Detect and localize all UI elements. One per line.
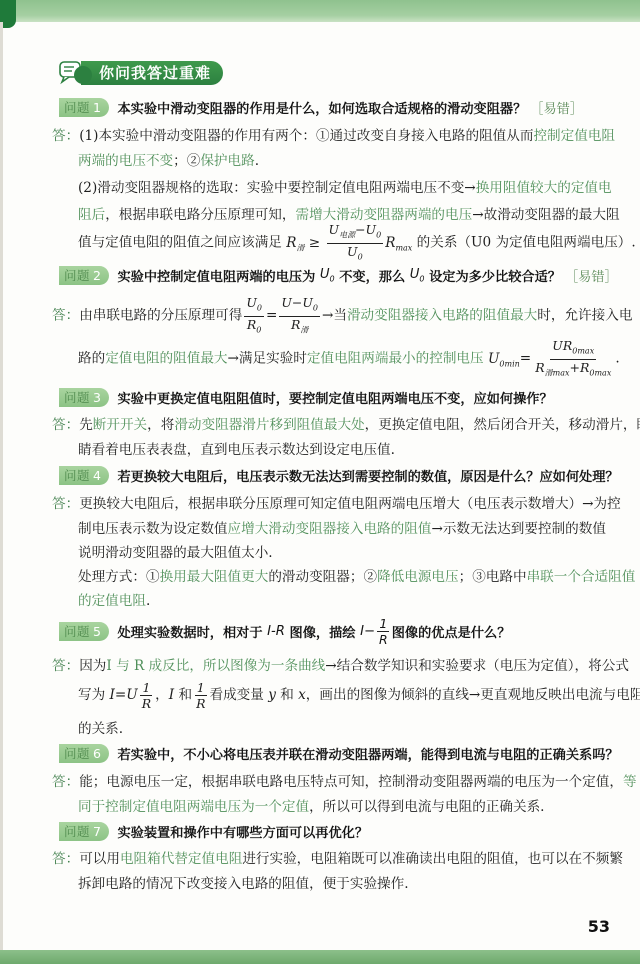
section-header: 你问我答过重难	[59, 60, 223, 86]
formula-fraction: UR0maxR滑max+R0max	[533, 338, 613, 380]
answer-line: 值与定值电阻的阻值之间应该满足 R滑 ≥ U电源−U0U0Rmax 的关系（U0…	[78, 222, 636, 264]
question-tag: 问题6	[59, 744, 109, 763]
answer-line: 答：更换较大电阻后，根据串联分压原理可知定值电阻两端电压增大（电压表示数增大）→…	[52, 492, 621, 512]
question-tag: 问题7	[59, 822, 109, 841]
formula-fraction: U0R0	[244, 295, 264, 337]
answer-line: 拆卸电路的情况下改变接入电路的阻值，便于实验操作.	[78, 872, 409, 892]
question-tag: 问题4	[59, 466, 109, 485]
question-tag: 问题1	[59, 98, 109, 117]
answer-line: 处理方式：①换用最大阻值更大的滑动变阻器；②降低电源电压；③电路中串联一个合适阻…	[78, 565, 635, 585]
top-border-band	[0, 0, 640, 22]
question-7: 问题7 实验装置和操作中有哪些方面可以再优化？	[59, 822, 368, 841]
question-tag: 问题5	[59, 622, 109, 641]
answer-line: 写为 I=U1R，I 和1R看成变量 y 和 x，画出的图像为倾斜的直线→更直观…	[78, 680, 640, 711]
bottom-border-band	[0, 950, 640, 964]
answer-line: 说明滑动变阻器的最大阻值太小.	[78, 541, 273, 561]
error-prone-label: ［易错］	[530, 98, 583, 117]
answer-line: 答：(1)本实验中滑动变阻器的作用有两个：①通过改变自身接入电路的阻值从而控制定…	[52, 124, 615, 144]
formula: R滑 ≥	[286, 235, 324, 251]
question-text: 本实验中滑动变阻器的作用是什么，如何选取合适规格的滑动变阻器？	[117, 98, 526, 117]
chat-bubble-icon	[59, 60, 93, 86]
answer-line: 答：由串联电路的分压原理可得U0R0=U−U0R滑→当滑动变阻器接入电路的阻值最…	[52, 295, 632, 337]
answer-line: 制电压表示数为设定数值应增大滑动变阻器接入电路的阻值→示数无法达到要控制的数值	[78, 517, 606, 537]
question-4: 问题4 若更换较大电阻后，电压表示数无法达到需要控制的数值，原因是什么？应如何处…	[59, 466, 619, 485]
section-title: 你问我答过重难	[81, 61, 223, 85]
question-1: 问题1 本实验中滑动变阻器的作用是什么，如何选取合适规格的滑动变阻器？ ［易错］	[59, 98, 583, 117]
answer-line: 同于控制定值电阻两端电压为一个定值，所以可以得到电流与电阻的正确关系.	[78, 795, 545, 815]
answer-line: 两端的电压不变；②保护电路.	[78, 149, 259, 169]
question-6: 问题6 若实验中，不小心将电压表并联在滑动变阻器两端，能得到电流与电阻的正确关系…	[59, 744, 619, 763]
question-tag: 问题2	[59, 266, 109, 285]
answer-line: 答：能；电源电压一定，根据串联电路电压特点可知，控制滑动变阻器两端的电压为一个定…	[52, 770, 637, 790]
textbook-page: 你问我答过重难 问题1 本实验中滑动变阻器的作用是什么，如何选取合适规格的滑动变…	[0, 0, 640, 964]
question-5: 问题5 处理实验数据时，相对于 I-R 图像，描绘 I−1R图像的优点是什么？	[59, 616, 510, 647]
answer-line: 答：因为I 与 R 成反比，所以图像为一条曲线→结合数学知识和实验要求（电压为定…	[52, 654, 629, 674]
answer-line: 的关系.	[78, 717, 123, 737]
formula-fraction: U电源−U0U0	[327, 222, 384, 264]
answer-line: 阻后，根据串联电路分压原理可知，需增大滑动变阻器两端的电压→故滑动变阻器的最大阻	[78, 203, 620, 223]
answer-line: 的定值电阻.	[78, 589, 150, 609]
answer-line: 路的定值电阻的阻值最大→满足实验时定值电阻两端最小的控制电压 U0min=UR0…	[78, 338, 620, 380]
answer-line: 答：可以用电阻箱代替定值电阻进行实验，电阻箱既可以准确读出电阻的阻值，也可以在不…	[52, 847, 623, 867]
error-prone-label: ［易错］	[565, 266, 618, 285]
question-3: 问题3 实验中更换定值电阻阻值时，要控制定值电阻两端电压不变，应如何操作？	[59, 388, 553, 407]
answer-line: 睛看着电压表表盘，直到电压表示数达到设定电压值.	[78, 438, 395, 458]
answer-line: (2)滑动变阻器规格的选取：实验中要控制定值电阻两端电压不变→换用阻值较大的定值…	[78, 176, 612, 196]
formula-fraction: U−U0R滑	[279, 295, 320, 337]
answer-line: 答：先断开开关，将滑动变阻器滑片移到阻值最大处，更换定值电阻，然后闭合开关，移动…	[52, 413, 640, 433]
page-edge	[0, 22, 3, 950]
question-tag: 问题3	[59, 388, 109, 407]
page-number: 53	[588, 917, 610, 936]
question-2: 问题2 实验中控制定值电阻两端的电压为 U0 不变，那么 U0 设定为多少比较合…	[59, 266, 618, 285]
